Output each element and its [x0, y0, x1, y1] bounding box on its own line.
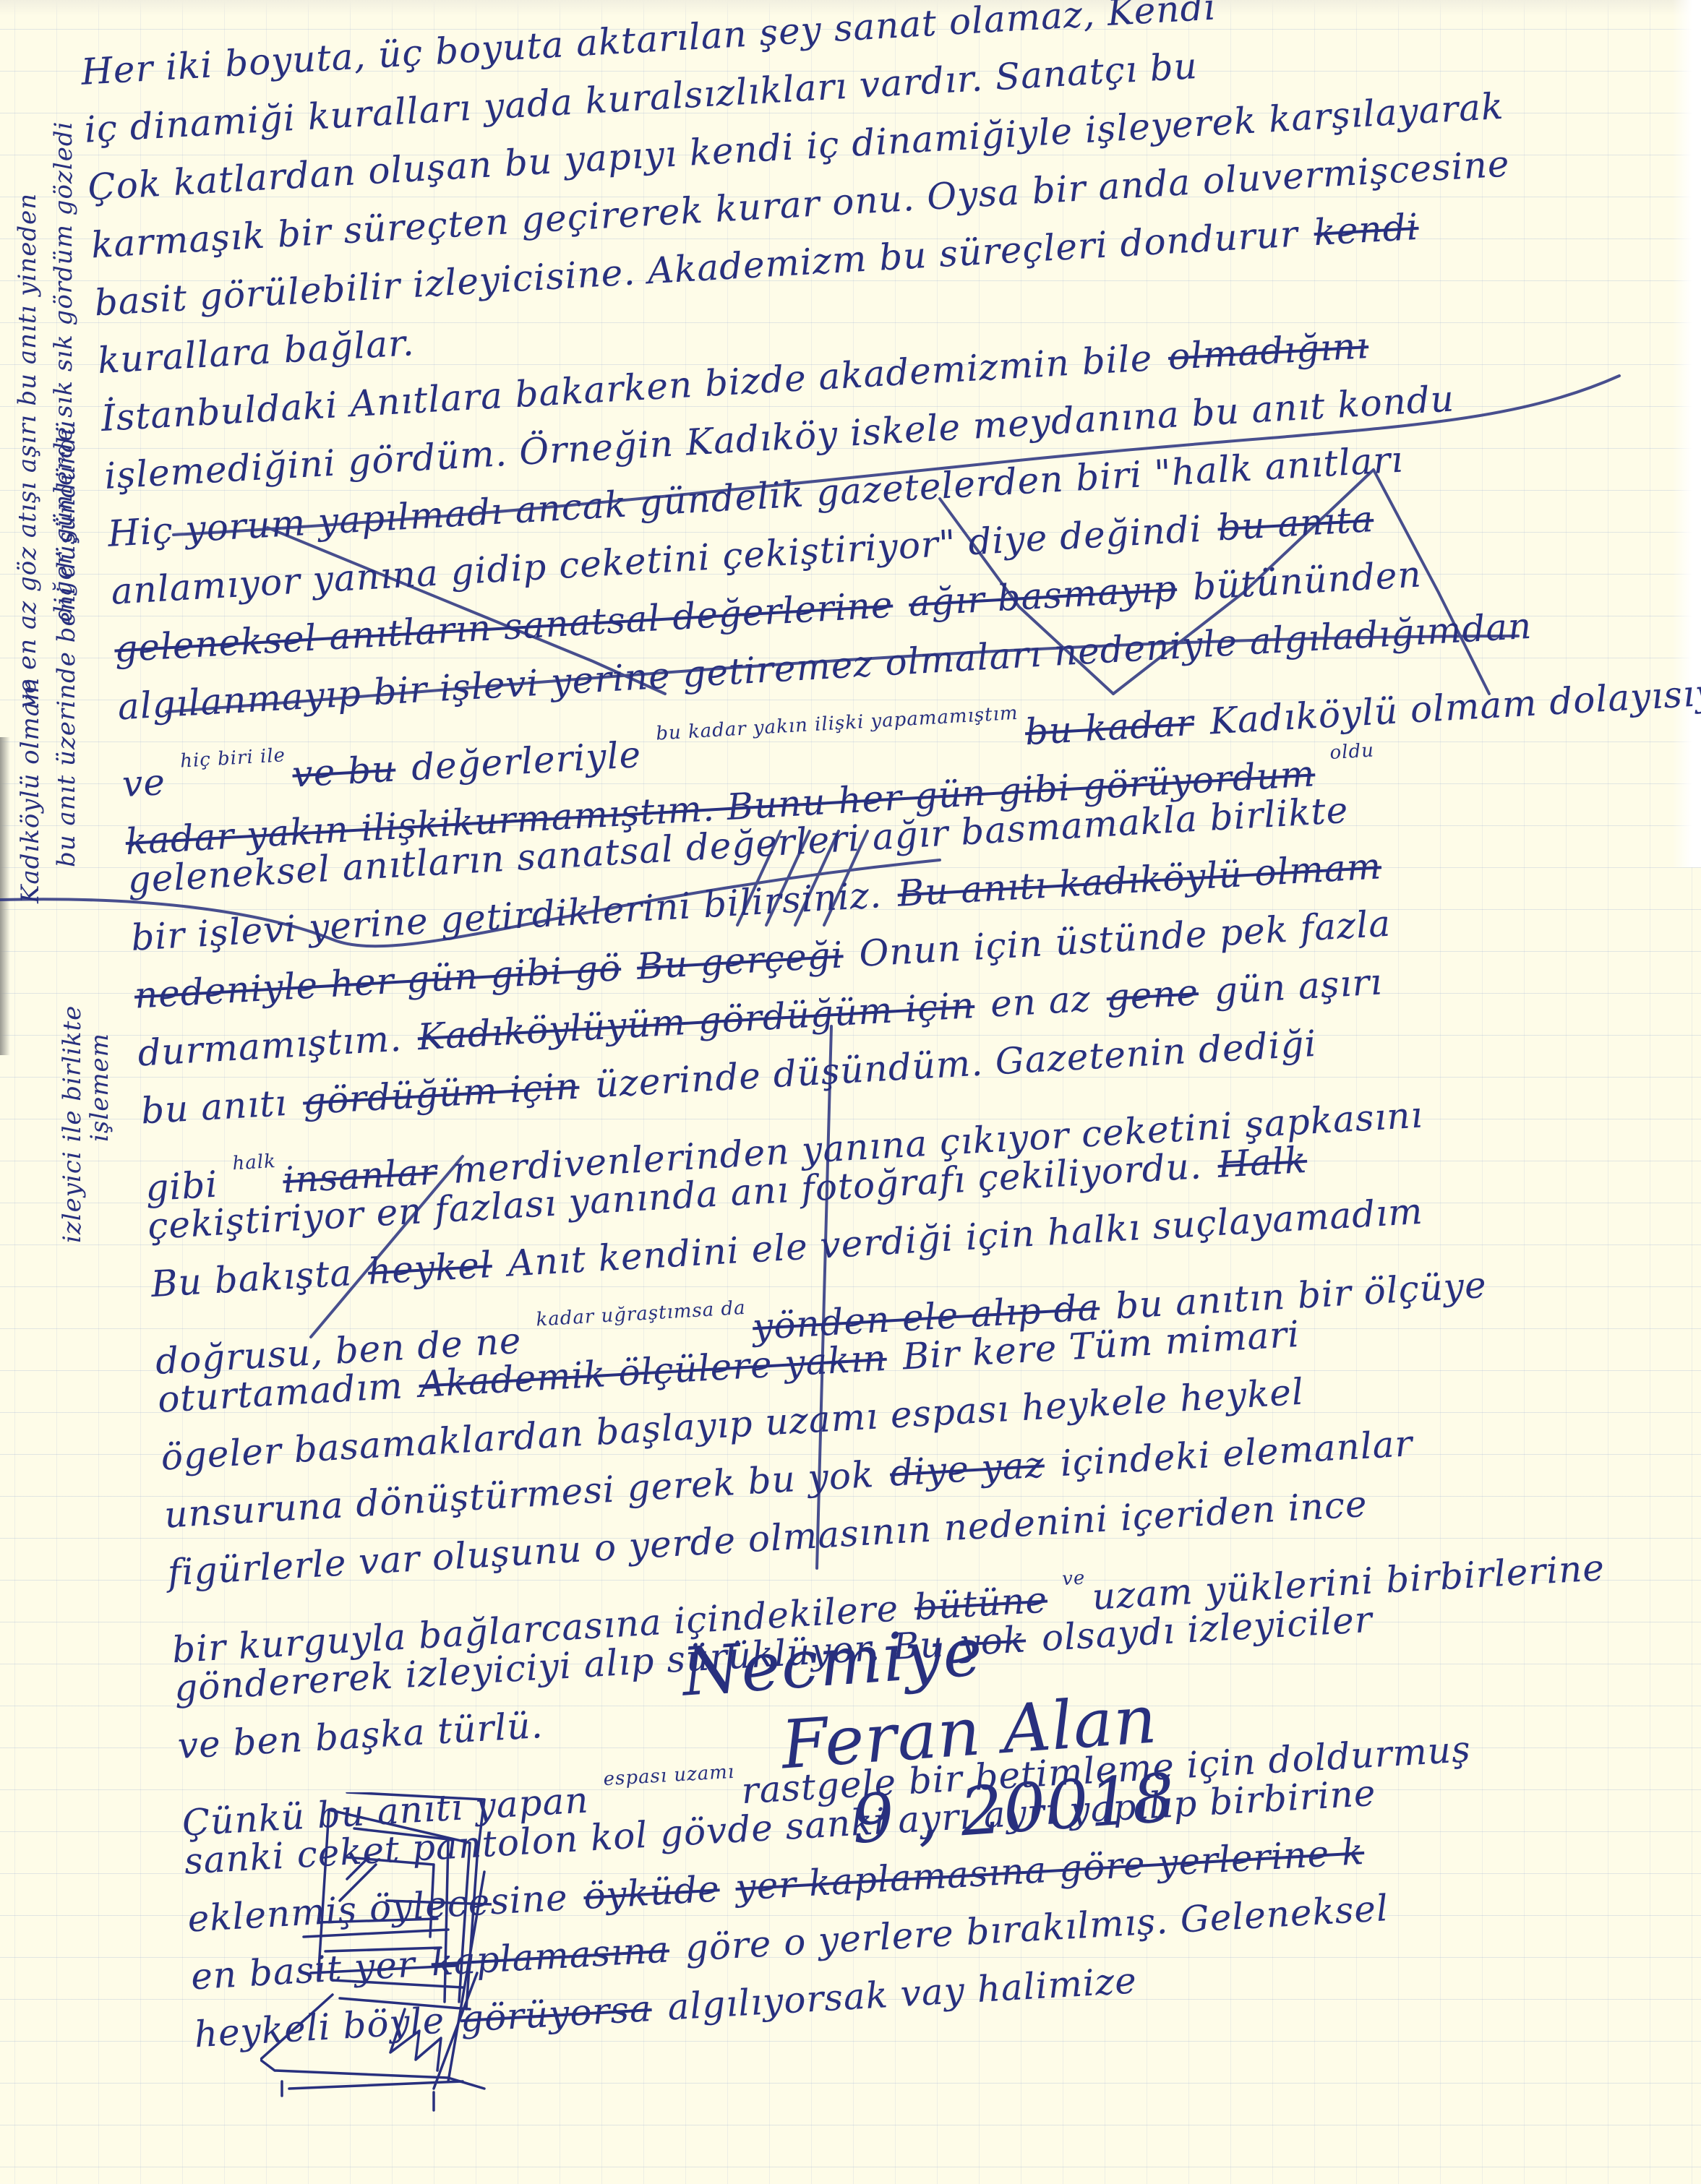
struck-text: olmadığını [1167, 324, 1369, 378]
line-text: oturtamadım [157, 1364, 405, 1420]
line-text: gün aşırı [1213, 960, 1384, 1012]
inserted-text: bu kadar yakın ilişki yapamamıştım [656, 702, 1019, 745]
paper-fold-shadow [0, 737, 10, 1055]
inserted-text: kadar uğraştımsa da [536, 1297, 747, 1331]
sketch-drawing-icon [260, 1792, 492, 2125]
inserted-text: ve [1061, 1567, 1086, 1590]
struck-text: bu anıta [1217, 498, 1375, 549]
line-text: Bu bakışta [150, 1252, 353, 1305]
struck-text: heykel [367, 1244, 493, 1293]
line-text: bu anıtı [140, 1082, 288, 1132]
struck-text: Bu gerçeği [635, 934, 844, 987]
struck-text: diye yaz [888, 1443, 1045, 1494]
margin-note-6: işlemem [85, 1033, 114, 1142]
line-text: bütününden [1191, 553, 1423, 608]
margin-note-4: bu anıt üzerinde beni düşündürdü [52, 419, 81, 867]
inserted-text: hiç biri ile [179, 744, 286, 772]
struck-text: gene [1105, 971, 1200, 1018]
line-text: en az [989, 978, 1092, 1026]
struck-text: gördüğüm için [301, 1065, 580, 1123]
margin-note-1: ve en az göz atışı aşırı bu anıtı yinede… [13, 193, 42, 708]
struck-text: kendi [1313, 206, 1420, 254]
inserted-text: oldu [1329, 740, 1375, 764]
struck-text: öyküde [583, 1867, 721, 1917]
line-text: kurallara bağlar. [97, 322, 416, 382]
struck-text: ağır basmayıp [907, 567, 1178, 624]
margin-note-5: izleyici ile birlikte [58, 1005, 87, 1243]
struck-text: Halk [1217, 1139, 1308, 1186]
signature-block: Necmiye Feran Alan 9 , 20018 [680, 1599, 1178, 1871]
line-text: durmamıştım. [137, 1018, 403, 1075]
inserted-text: halk [232, 1151, 277, 1174]
margin-note-3: Kadıköylü olmam [16, 677, 45, 903]
